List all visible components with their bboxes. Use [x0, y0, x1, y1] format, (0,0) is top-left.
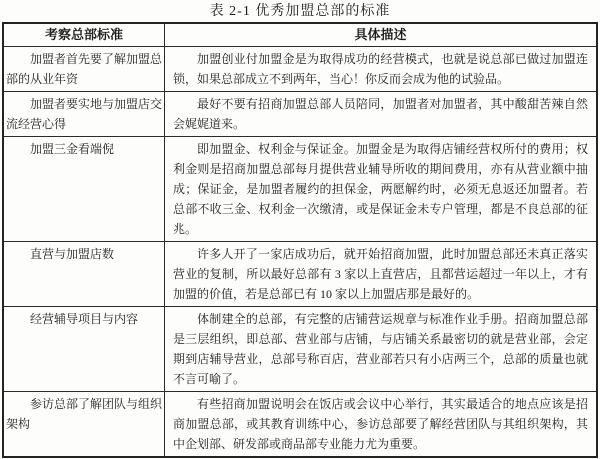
table-row: 加盟三金看端倪 即加盟金、权利金与保证金。加盟金是为取得店铺经营权所付的费用；权…: [4, 136, 596, 241]
table-row: 经营辅导项目与内容 体制建全的总部，有完整的店铺营运规章与标准作业手册。招商加盟…: [4, 306, 596, 391]
table-row: 直营与加盟店数 许多人开了一家店成功后，就开始招商加盟，此时加盟总部还未真正落实…: [4, 241, 596, 306]
scanned-page: 表 2-1 优秀加盟总部的标准 考察总部标准 具体描述 加盟者首先要了解加盟总部…: [0, 0, 600, 459]
description-text: 有些招商加盟说明会在饭店或会议中心举行，其实最适合的地点应该是招商加盟总部，或其…: [173, 394, 588, 454]
table-row: 加盟者要实地与加盟店交流经营心得 最好不要有招商加盟总部人员陪同，加盟者对加盟者…: [4, 91, 596, 136]
description-text: 体制建全的总部，有完整的店铺营运规章与标准作业手册。招商加盟总部是三层组织，即总…: [173, 309, 588, 389]
table-header-row: 考察总部标准 具体描述: [4, 24, 596, 46]
criterion-cell: 经营辅导项目与内容: [4, 307, 165, 391]
description-cell: 最好不要有招商加盟总部人员陪同，加盟者对加盟者，其中酸甜苦辣自然会娓娓道来。: [165, 92, 596, 136]
description-text: 许多人开了一家店成功后，就开始招商加盟，此时加盟总部还未真正落实营业的复制，所以…: [173, 244, 588, 304]
criterion-cell: 参访总部了解团队与组织架构: [4, 392, 165, 456]
criterion-text: 参访总部了解团队与组织架构: [6, 394, 162, 434]
criterion-text: 经营辅导项目与内容: [6, 309, 162, 329]
criterion-cell: 加盟者首先要了解加盟总部的从业年资: [4, 47, 165, 91]
column-header-criterion: 考察总部标准: [4, 24, 165, 46]
column-header-description: 具体描述: [165, 24, 596, 46]
criterion-cell: 直营与加盟店数: [4, 242, 165, 306]
table-row: 参访总部了解团队与组织架构 有些招商加盟说明会在饭店或会议中心举行，其实最适合的…: [4, 391, 596, 456]
description-cell: 加盟创业付加盟金是为取得成功的经营模式，也就是说总部已做过加盟连锁，如果总部成立…: [165, 47, 596, 91]
description-cell: 即加盟金、权利金与保证金。加盟金是为取得店铺经营权所付的费用；权利金则是招商加盟…: [165, 137, 596, 241]
franchise-standards-table: 考察总部标准 具体描述 加盟者首先要了解加盟总部的从业年资 加盟创业付加盟金是为…: [2, 22, 598, 458]
description-cell: 许多人开了一家店成功后，就开始招商加盟，此时加盟总部还未真正落实营业的复制，所以…: [165, 242, 596, 306]
description-cell: 有些招商加盟说明会在饭店或会议中心举行，其实最适合的地点应该是招商加盟总部，或其…: [165, 392, 596, 456]
criterion-text: 加盟三金看端倪: [6, 139, 162, 159]
description-text: 加盟创业付加盟金是为取得成功的经营模式，也就是说总部已做过加盟连锁，如果总部成立…: [173, 49, 588, 89]
description-text: 即加盟金、权利金与保证金。加盟金是为取得店铺经营权所付的费用；权利金则是招商加盟…: [173, 139, 588, 239]
criterion-cell: 加盟者要实地与加盟店交流经营心得: [4, 92, 165, 136]
criterion-text: 直营与加盟店数: [6, 244, 162, 264]
description-text: 最好不要有招商加盟总部人员陪同，加盟者对加盟者，其中酸甜苦辣自然会娓娓道来。: [173, 94, 588, 134]
criterion-cell: 加盟三金看端倪: [4, 137, 165, 241]
table-row: 加盟者首先要了解加盟总部的从业年资 加盟创业付加盟金是为取得成功的经营模式，也就…: [4, 46, 596, 91]
criterion-text: 加盟者要实地与加盟店交流经营心得: [6, 94, 162, 134]
description-cell: 体制建全的总部，有完整的店铺营运规章与标准作业手册。招商加盟总部是三层组织，即总…: [165, 307, 596, 391]
criterion-text: 加盟者首先要了解加盟总部的从业年资: [6, 49, 162, 89]
table-caption: 表 2-1 优秀加盟总部的标准: [0, 0, 600, 21]
